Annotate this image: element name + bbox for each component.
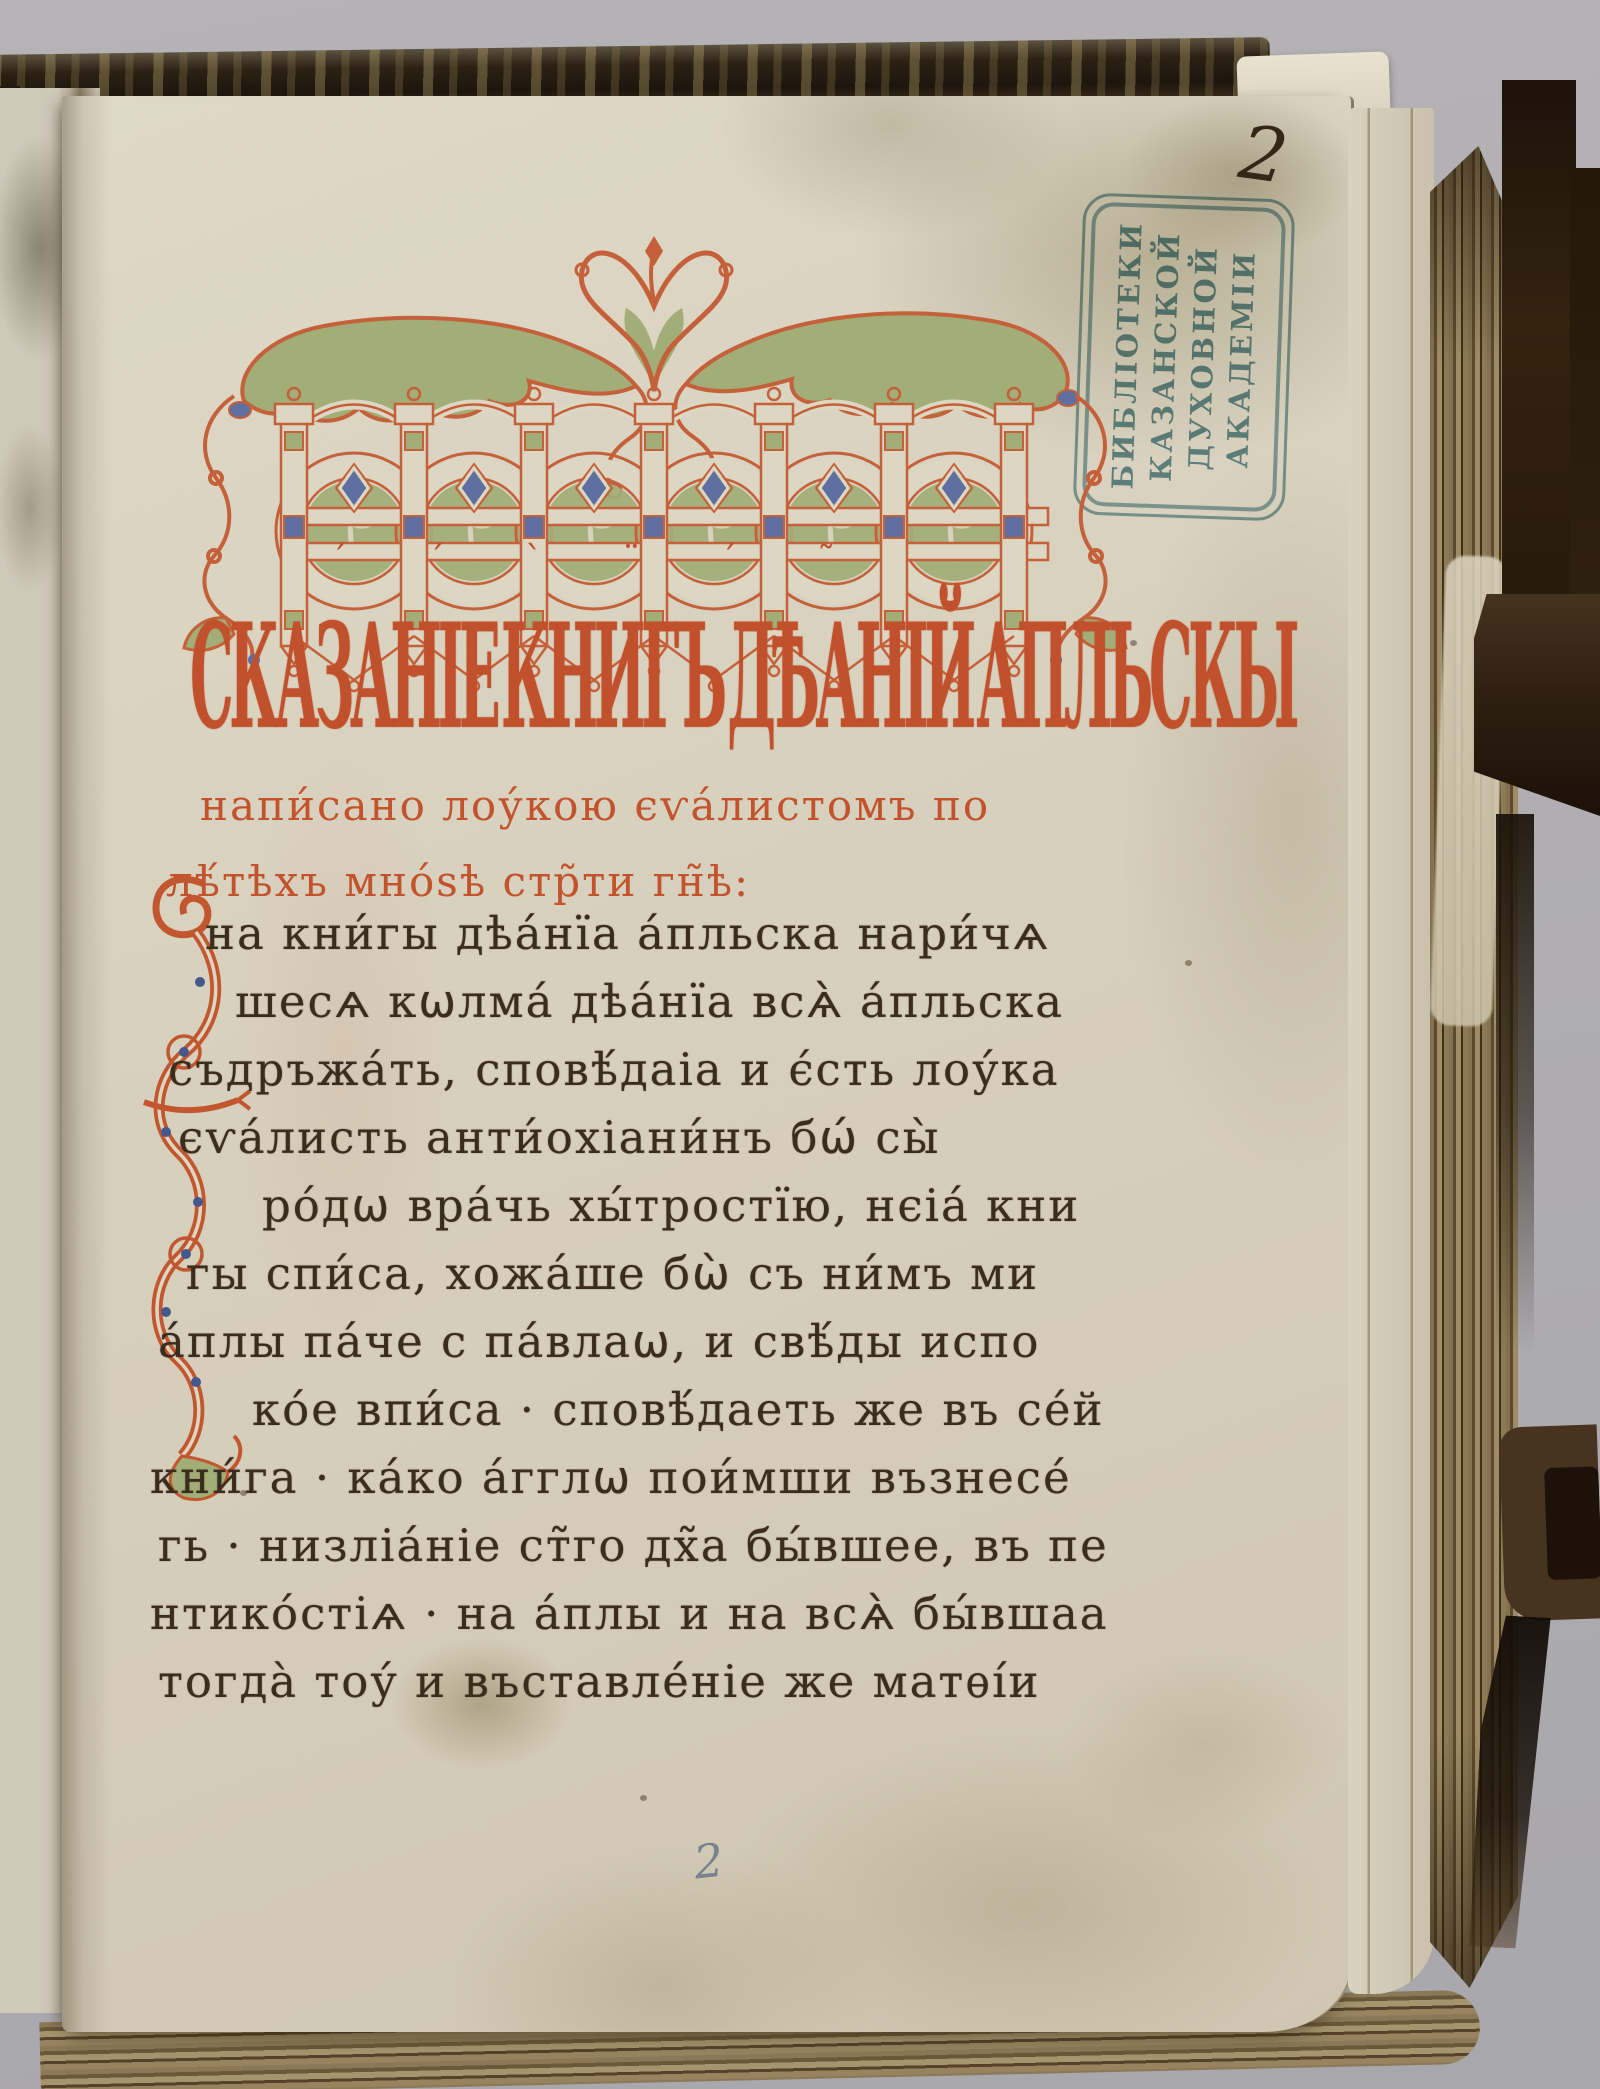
back-cover-edge-top	[1502, 80, 1576, 614]
ink-speck	[1130, 640, 1137, 646]
title-accent-marks: ´ ´ ` ¨ ´ ˜	[330, 540, 990, 581]
body-line: на кни́гы дѣа́нїа а́пльска нари́чѧ	[205, 900, 1248, 968]
cover-shadow-sliver	[1496, 814, 1534, 1354]
body-line: съдръжа́ть, сповѣ́даіа и є́сть лоу́ка	[168, 1036, 1248, 1104]
body-line: нтико́стіѧ · на а́плы и на всѧ̀ бы́вшаа	[150, 1580, 1248, 1648]
folio-number-bottom: 2	[691, 1833, 726, 1890]
body-line: шесѧ кѡлма́ дѣа́нїа всѧ̀ а́пльска	[235, 968, 1248, 1036]
ink-speck	[640, 1795, 647, 1801]
body-line: тогда̀ тоу́ и въставле́ніе же матѳі́и	[158, 1648, 1248, 1716]
body-line: єѵа́листь анти́охіани́нъ бѡ́ сы̀	[178, 1104, 1248, 1172]
back-cover-edge-top-outer	[1570, 168, 1600, 614]
body-line: кни́га · ка́ко а́гглѡ пои́мши възнесе́	[150, 1444, 1248, 1512]
photo-backdrop: БИБЛІОТЕКИ КАЗАНСКОЙ ДУХОВНОЙ АКАДЕМІИ 2	[0, 0, 1600, 2089]
ink-speck	[1185, 960, 1192, 966]
rubric-lines: напи́сано лоу́кою єѵа́листомъ по лѣ́тѣхъ…	[200, 768, 990, 920]
body-line: а́плы па́че с па́влаѡ, и свѣ́ды испо	[158, 1308, 1248, 1376]
clasp-strap-dark-patch	[1544, 1466, 1600, 1580]
folio-number-top: 2	[1234, 109, 1293, 201]
page-fore-edge	[1348, 108, 1434, 1994]
ink-speck	[240, 1490, 247, 1496]
manuscript-page: БИБЛІОТЕКИ КАЗАНСКОЙ ДУХОВНОЙ АКАДЕМІИ 2	[62, 96, 1354, 2032]
rubric-line: напи́сано лоу́кою єѵа́листомъ по	[200, 768, 990, 844]
body-text-block: на кни́гы дѣа́нїа а́пльска нари́чѧ шесѧ …	[148, 900, 1248, 1716]
body-line: ро́дѡ вра́чь хы́тростїю, нєіа́ кни	[262, 1172, 1248, 1240]
body-line: ко́е впи́са · сповѣ́даеть же въ се́й	[252, 1376, 1248, 1444]
page-title-vyaz: СКАЗАНІЕ КНИГЪ ДѢАНІЙ АПЛЬСКЫ	[190, 592, 1295, 761]
body-line: гы спи́са, хожа́ше бѡ̀ съ ни́мъ ми	[186, 1240, 1248, 1308]
leather-clasp-strap-lower	[1499, 1424, 1600, 1621]
body-line: гь · низліа́ніе ст̃го дх̃а бы́вшее, въ п…	[158, 1512, 1248, 1580]
